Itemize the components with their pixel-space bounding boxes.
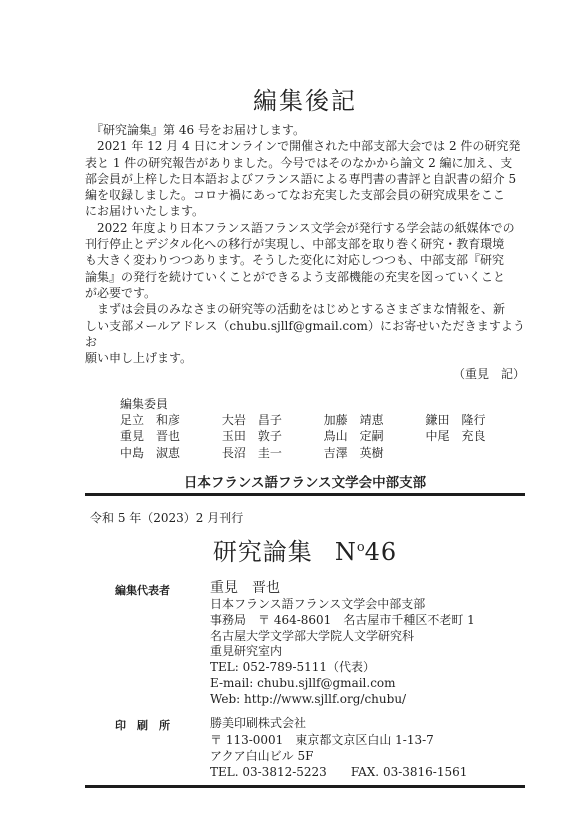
committee-section: 編集委員 足立 和彦 大岩 昌子 加藤 靖恵 鎌田 隆行 重見 晋也 玉田 敦子… (85, 396, 525, 461)
editorial-paragraph: 2022 年度より日本フランス語フランス文学会が発行する学会誌の紙媒体での 刊行… (85, 220, 525, 301)
top-double-rule (85, 493, 525, 496)
printer-info: 勝美印刷株式会社 〒 113-0001 東京都文京区白山 1-13-7 アクア白… (207, 715, 525, 781)
committee-member: 中島 淑恵 (120, 445, 218, 461)
editor-row: 編集代表者 重見 晋也 日本フランス語フランス文学会中部支部 事務局 〒 464… (85, 580, 525, 708)
committee-member: 吉澤 英樹 (324, 445, 422, 461)
committee-row: 重見 晋也 玉田 敦子 鳥山 定嗣 中尾 充良 (120, 428, 525, 444)
page-content: 編集後記 『研究論集』第 46 号をお届けします。 2021 年 12 月 4 … (85, 0, 525, 788)
committee-member: 大岩 昌子 (222, 412, 320, 428)
committee-row: 中島 淑恵 長沼 圭一 吉澤 英樹 (120, 445, 525, 461)
editor-details: 日本フランス語フランス文学会中部支部 事務局 〒 464-8601 名古屋市千種… (210, 597, 525, 708)
printer-name: 勝美印刷株式会社 (210, 715, 525, 732)
editorial-body: 『研究論集』第 46 号をお届けします。 2021 年 12 月 4 日にオンラ… (85, 122, 525, 366)
editorial-paragraph: まずは会員のみなさまの研究等の活動をはじめとするさまざまな情報を、新 しい支部メ… (85, 301, 525, 366)
society-name: 日本フランス語フランス文学会中部支部 (85, 475, 525, 491)
committee-member: 鳥山 定嗣 (324, 428, 422, 444)
committee-member: 中尾 充良 (425, 428, 523, 444)
printer-label: 印 刷 所 (115, 715, 207, 781)
journal-title-text: 研究論集 (213, 538, 313, 566)
committee-member: 長沼 圭一 (222, 445, 320, 461)
journal-title: 研究論集No46 (85, 532, 525, 568)
editorial-signature: （重見 記） (85, 366, 525, 382)
editor-label: 編集代表者 (115, 580, 207, 708)
editorial-title: 編集後記 (85, 86, 525, 116)
committee-member: 玉田 敦子 (222, 428, 320, 444)
committee-row: 足立 和彦 大岩 昌子 加藤 靖恵 鎌田 隆行 (120, 412, 525, 428)
issue-number: No46 (335, 538, 397, 566)
document-page: 編集後記 『研究論集』第 46 号をお届けします。 2021 年 12 月 4 … (0, 0, 583, 827)
committee-member: 加藤 靖恵 (324, 412, 422, 428)
editor-name: 重見 晋也 (210, 580, 525, 597)
committee-label: 編集委員 (120, 396, 525, 412)
printer-row: 印 刷 所 勝美印刷株式会社 〒 113-0001 東京都文京区白山 1-13-… (85, 715, 525, 781)
committee-member: 足立 和彦 (120, 412, 218, 428)
publication-date: 令和 5 年（2023）2 月刊行 (85, 510, 525, 526)
committee-member: 重見 晋也 (120, 428, 218, 444)
editor-info: 重見 晋也 日本フランス語フランス文学会中部支部 事務局 〒 464-8601 … (207, 580, 525, 708)
editorial-paragraph: 2021 年 12 月 4 日にオンラインで開催された中部支部大会では 2 件の… (85, 138, 525, 219)
bottom-double-rule (85, 785, 525, 788)
editorial-paragraph: 『研究論集』第 46 号をお届けします。 (85, 122, 525, 138)
printer-details: 〒 113-0001 東京都文京区白山 1-13-7 アクア白山ビル 5F TE… (210, 732, 525, 781)
committee-member: 鎌田 隆行 (425, 412, 523, 428)
